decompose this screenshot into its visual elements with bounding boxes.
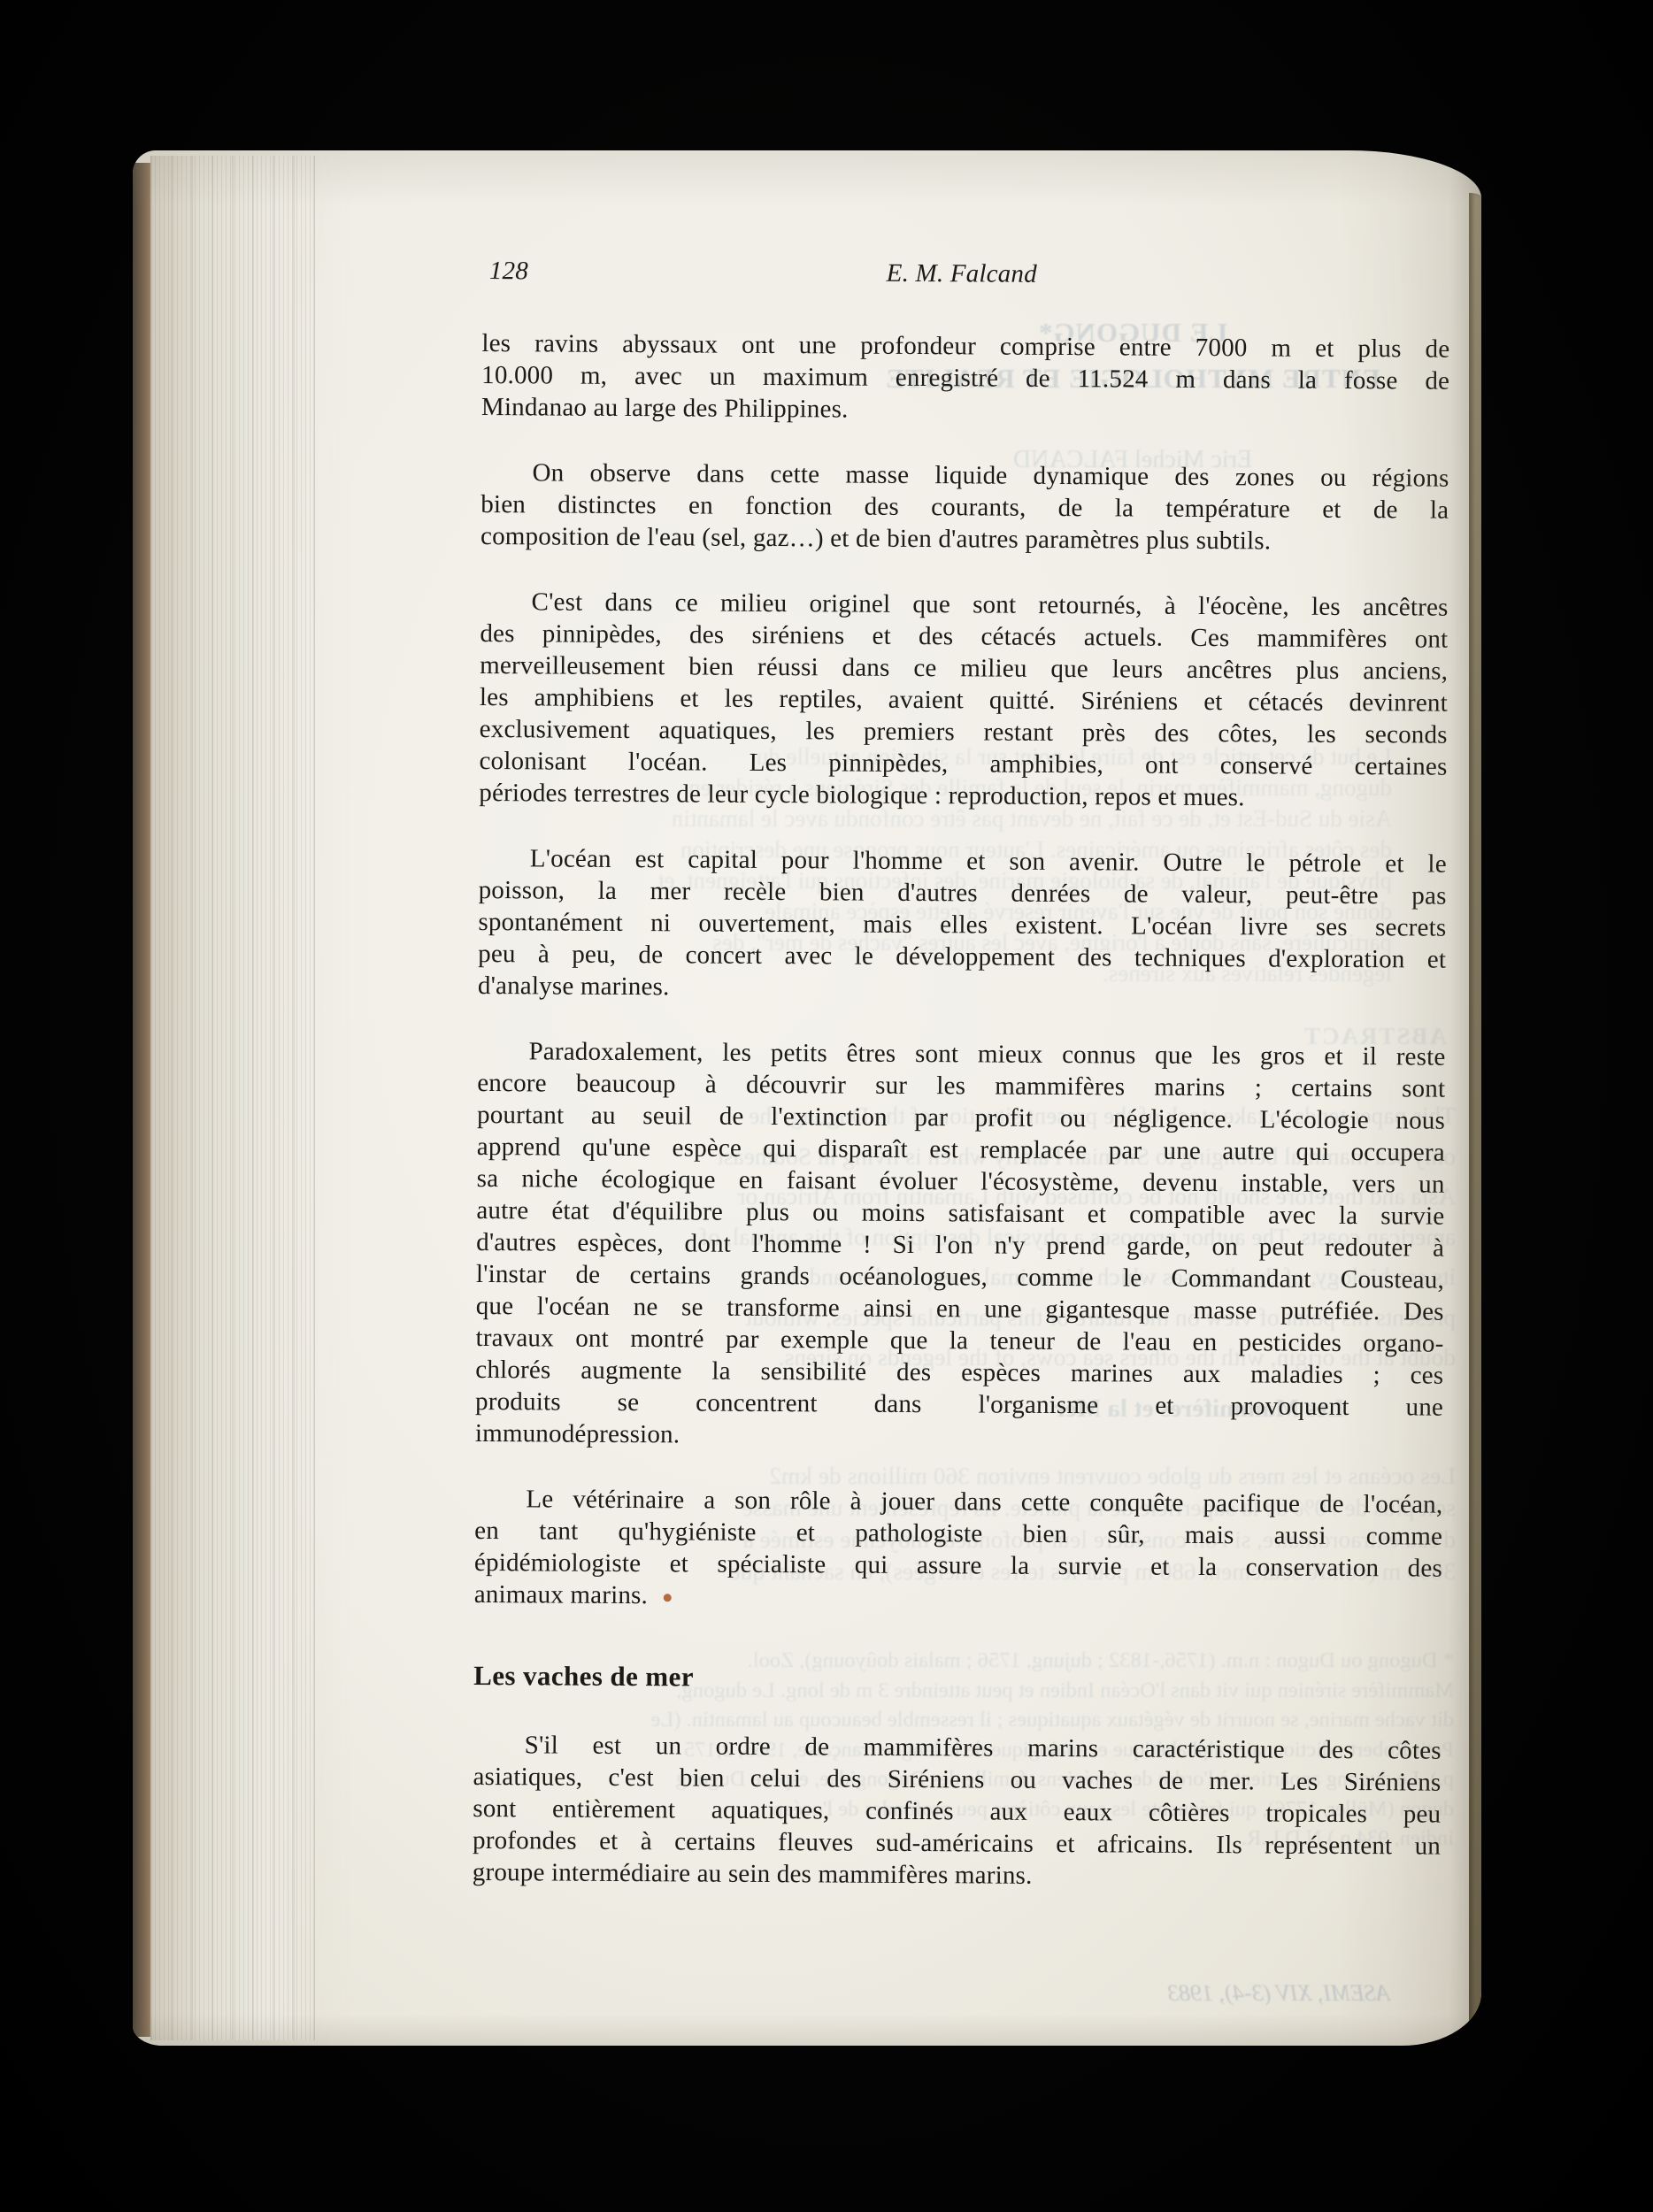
paragraph: C'est dans ce milieu originel que sont r… (479, 586, 1449, 815)
paragraph: On observe dans cette masse liquide dyna… (481, 457, 1449, 558)
page-content: 128 E. M. Falcand les ravins abyssaux on… (473, 257, 1450, 1928)
running-head: E. M. Falcand (887, 259, 1037, 289)
page-stack-edges (150, 156, 319, 2040)
body-text: les ravins abyssaux ont une profondeur c… (474, 327, 1450, 1617)
body-text: S'il est un ordre de mammifères marins c… (473, 1729, 1442, 1894)
paragraph: Paradoxalement, les petits êtres sont mi… (475, 1035, 1446, 1455)
text-line: groupe intermédiaire au sein des mammifè… (473, 1856, 1441, 1894)
section-heading: Les vaches de mer (473, 1658, 1442, 1700)
page-number: 128 (489, 257, 528, 286)
text-line: composition de l'eau (sel, gaz…) et de b… (481, 520, 1449, 558)
scanner-black-background: LE DUGONG*ENTRE MYTHOLOGIE ET REALITE Er… (0, 0, 1653, 2212)
text-line: Mindanao au large des Philippines. (481, 391, 1449, 429)
text-line: périodes terrestres de leur cycle biolog… (479, 777, 1447, 815)
paragraph: Le vétérinaire a son rôle à jouer dans c… (474, 1483, 1443, 1617)
paragraph: les ravins abyssaux ont une profondeur c… (481, 327, 1450, 429)
book-page: LE DUGONG*ENTRE MYTHOLOGIE ET REALITE Er… (133, 150, 1481, 2046)
ghost-line: ASEMI, XIV (3-4), 1983 (1119, 1980, 1438, 2007)
paragraph: L'océan est capital pour l'homme et son … (478, 842, 1447, 1008)
page-header: 128 E. M. Falcand (482, 257, 1450, 296)
bleedthrough-journal-line: ASEMI, XIV (3-4), 1983 (1119, 1980, 1438, 2007)
page-gutter-edge-strip (1469, 193, 1481, 2046)
paragraph: S'il est un ordre de mammifères marins c… (473, 1729, 1442, 1894)
text-line: d'analyse marines. (478, 970, 1446, 1008)
end-of-article-mark (664, 1594, 672, 1601)
text-line: immunodépression. (475, 1417, 1443, 1455)
scan-background: { "document": { "page_number": "128", "r… (0, 0, 1653, 2212)
text-line: animaux marins. (474, 1578, 1442, 1617)
